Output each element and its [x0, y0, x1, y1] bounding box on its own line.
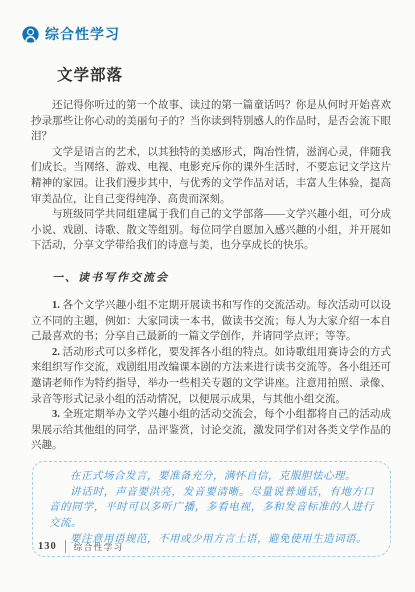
activity-items: 1. 各个文学兴趣小组不定期开展读书和写作的交流活动。每次活动可以设立不同的主题… — [31, 298, 391, 454]
textbook-page: 综合性学习 文学部落 还记得你听过的第一个故事、读过的第一篇童话吗？你是从何时开… — [0, 0, 415, 592]
person-in-circle-icon — [22, 26, 39, 43]
item-number: 2. — [52, 347, 60, 358]
activity-item: 2. 活动形式可以多样化，要发挥各小组的特点。如诗歌组用赛诗会的方式来组织写作交… — [31, 345, 391, 407]
page-number: 130 — [38, 541, 57, 552]
item-text: 全班定期举办文学兴趣小组的活动交流会，每个小组都将自己的活动成果展示给其他组的同… — [31, 409, 391, 451]
footer-divider — [65, 540, 66, 553]
item-text: 活动形式可以多样化，要发挥各小组的特点。如诗歌组用赛诗会的方式来组织写作交流，戏… — [31, 347, 391, 405]
section-header: 综合性学习 — [22, 24, 391, 44]
activity-item: 3. 全班定期举办文学兴趣小组的活动交流会，每个小组都将自己的活动成果展示给其他… — [31, 407, 391, 454]
intro-paragraph: 与班级同学共同组建属于我们自己的文学部落——文学兴趣小组，可分成小说、戏剧、诗歌… — [31, 207, 391, 254]
page-title: 文学部落 — [57, 63, 391, 85]
footer-section-label: 综合性学习 — [74, 541, 124, 553]
tip-paragraph: 讲话时，声音要洪亮，发音要清晰。尽量说普通话，有地方口音的同学，平时可以多听广播… — [49, 485, 374, 532]
section-header-label: 综合性学习 — [45, 24, 120, 44]
intro-paragraphs: 还记得你听过的第一个故事、读过的第一篇童话吗？你是从何时开始喜欢抄录那些让你心动… — [31, 98, 391, 254]
item-number: 1. — [52, 300, 60, 311]
intro-paragraph: 还记得你听过的第一个故事、读过的第一篇童话吗？你是从何时开始喜欢抄录那些让你心动… — [31, 98, 391, 145]
activity-section-heading: 一、读书写作交流会 — [52, 269, 391, 285]
tip-paragraph: 在正式场合发言，要准备充分，满怀自信，克服胆怯心理。 — [49, 469, 374, 485]
activity-item: 1. 各个文学兴趣小组不定期开展读书和写作的交流活动。每次活动可以设立不同的主题… — [31, 298, 391, 345]
page-footer: 130 综合性学习 — [38, 540, 124, 553]
intro-paragraph: 文学是语言的艺术，以其独特的美感形式，陶冶性情，滋润心灵，伴随我们成长。当网络、… — [31, 145, 391, 207]
item-number: 3. — [52, 409, 60, 420]
item-text: 各个文学兴趣小组不定期开展读书和写作的交流活动。每次活动可以设立不同的主题，例如… — [31, 300, 391, 342]
